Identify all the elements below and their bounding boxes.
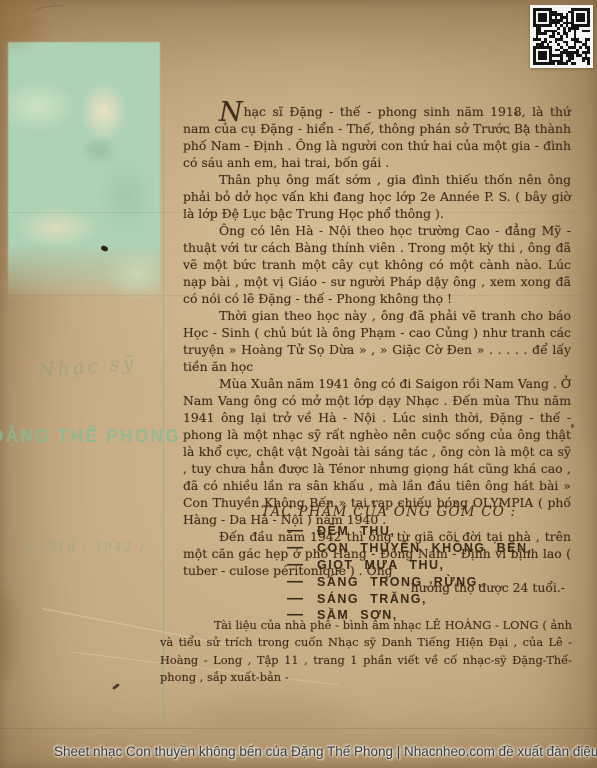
paragraph: Ông có lên Hà - Nội theo học trường Cao … [183, 222, 571, 307]
paragraph: Nhạc sĩ Đặng - thế - phong sinh năm 1918… [183, 103, 571, 171]
list-item: —SÁNG TRĂNG, [287, 590, 532, 607]
qr-code [530, 5, 593, 68]
work-title: CON THUYỀN KHÔNG BẾN, [317, 541, 532, 555]
works-list-title: TÁC PHẨM CỦA ÔNG GỒM CÓ : [261, 504, 516, 520]
page-caption: Sheet nhạc Con thuyền không bến của Đặng… [54, 744, 597, 759]
list-item: —GIỌT MƯA THU, [287, 557, 532, 574]
paper-stain [0, 590, 14, 680]
list-dash: — [287, 590, 317, 608]
ink-fleck [112, 683, 120, 690]
work-title: SÁNG TRONG RỪNG, [317, 575, 483, 589]
paragraph: Thân phụ ông mất sớm , gia đình thiếu th… [183, 171, 571, 222]
list-item: —ĐÊM THU, [287, 523, 532, 540]
work-title: GIỌT MƯA THU, [317, 558, 445, 572]
pencil-scribble [32, 4, 67, 18]
work-title: ĐÊM THU, [317, 524, 395, 538]
source-credit-text: Tài liệu của nhà phê - bình âm nhạc LÊ H… [160, 617, 572, 686]
list-dash: — [287, 539, 317, 557]
paper-speck [571, 424, 574, 428]
list-dash: — [287, 573, 317, 591]
handwritten-note: Nhạc sỹ [37, 352, 137, 382]
list-item: —SÁNG TRONG RỪNG, [287, 573, 532, 590]
paper-stain [584, 240, 597, 460]
work-title: SÁNG TRĂNG, [317, 592, 427, 606]
qr-code-pattern [533, 8, 590, 65]
paper-stain [0, 0, 38, 44]
list-dash: — [287, 556, 317, 574]
artist-name-watermark: ĐẶNG THẾ PHONG [0, 426, 172, 447]
scanned-sheet-music-page: Nhạc sỹ ĐẶNG THẾ PHONG ( 1918 - 1942 ) N… [0, 0, 597, 768]
list-dash: — [287, 522, 317, 540]
artist-years-watermark: ( 1918 - 1942 ) [26, 540, 146, 554]
works-list: —ĐÊM THU, —CON THUYỀN KHÔNG BẾN, —GIỌT M… [287, 523, 532, 624]
paragraph: Thời gian theo học này , ông đã phải vẽ … [183, 307, 571, 375]
faded-portrait-photo [8, 42, 160, 300]
paper-stain [190, 695, 350, 737]
horizontal-fold-line [0, 728, 597, 729]
list-item: —CON THUYỀN KHÔNG BẾN, [287, 540, 532, 557]
